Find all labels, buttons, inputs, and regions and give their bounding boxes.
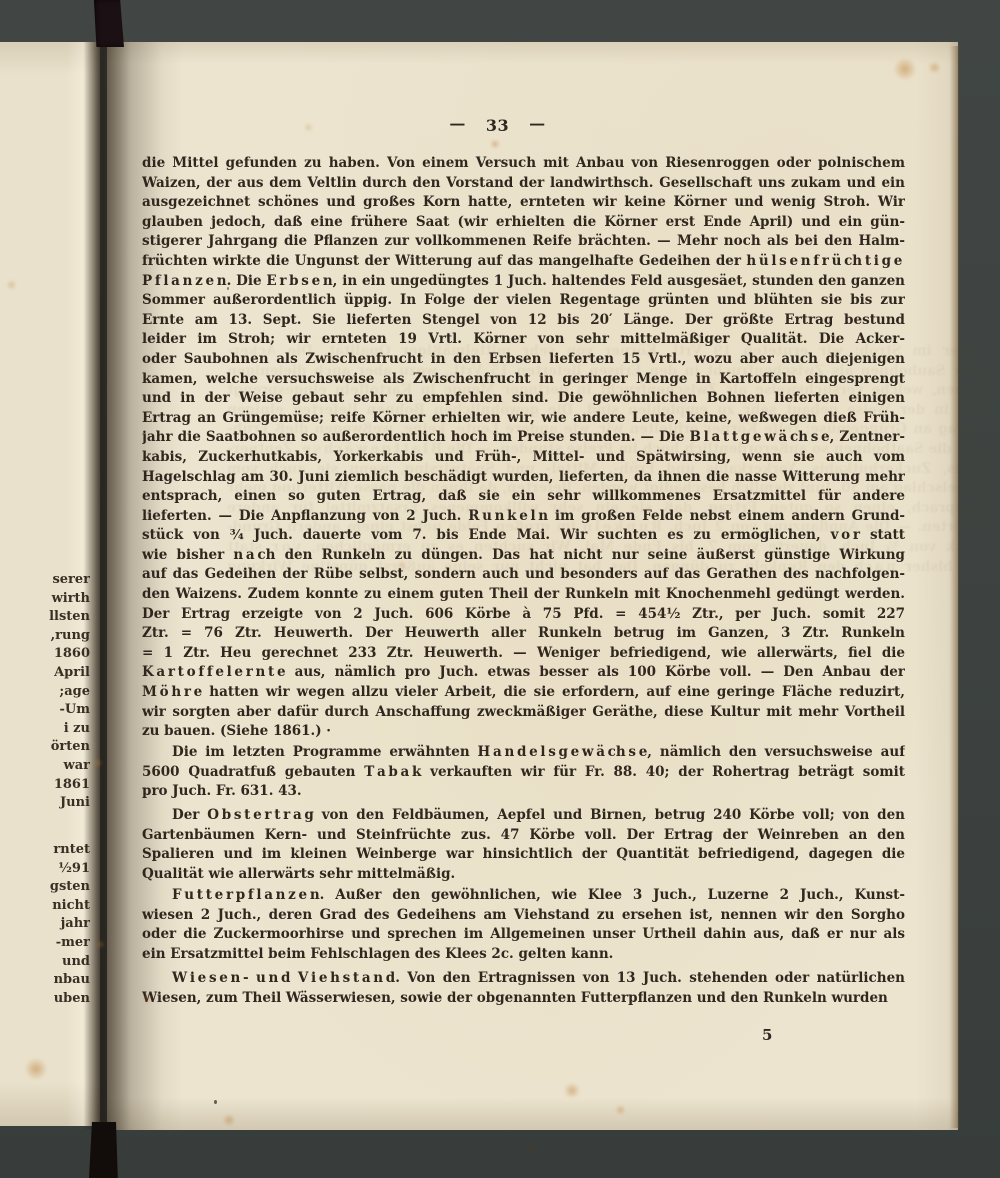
bookmark-ribbon-bottom: [89, 1122, 119, 1178]
text-line: P f l a n z e n. Die E r b s e n, in ein…: [142, 272, 905, 292]
text-line: M ö h r e hatten wir wegen allzu vieler …: [142, 683, 905, 703]
text-line: auf das Gedeihen der Rübe selbst, sonder…: [142, 565, 905, 585]
book-scan: sererwirthllstenrung,1860Aprilage;Um-i z…: [0, 0, 1000, 1178]
facing-page-edge: sererwirthllstenrung,1860Aprilage;Um-i z…: [0, 42, 100, 1126]
foxing-spot: [222, 1114, 236, 1126]
text-line: zu bauen. (Siehe 1861.) ·: [142, 722, 905, 742]
facing-page-text-fragments-lower: rntet91½gstennichtjahrmer-undnbauuben: [0, 841, 93, 1008]
text-line: Waizen, der aus dem Veltlin durch den Vo…: [142, 174, 905, 194]
foxing-spot: [24, 1058, 48, 1080]
foxing-spot: [893, 57, 917, 81]
text-line: wiesen 2 Juch., deren Grad des Gedeihens…: [142, 906, 905, 926]
fragment-line: jahr: [0, 915, 90, 934]
text-line: oder die Zuckermoorhirse und sprechen im…: [142, 925, 905, 945]
text-line: glauben jedoch, daß eine frühere Saat (w…: [142, 213, 905, 233]
paragraph: W i e s e n - u n d V i e h s t a n d. V…: [142, 969, 905, 1008]
fragment-line: wirth: [0, 590, 90, 609]
paragraph: die Mittel gefunden zu haben. Von einem …: [142, 154, 905, 742]
ink-fleck: [214, 1100, 217, 1104]
text-line: oder Saubohnen als Zwischenfrucht in den…: [142, 350, 905, 370]
foxing-spot: [304, 123, 313, 132]
text-line: Sommer außerordentlich üppig. In Folge d…: [142, 291, 905, 311]
fragment-line: uben: [0, 990, 90, 1009]
text-line: 5600 Quadratfuß gebauten T a b a k verka…: [142, 763, 905, 783]
foxing-spot: [6, 280, 17, 290]
text-line: Die im letzten Programme erwähnten H a n…: [142, 743, 905, 763]
fragment-line: 1860: [0, 645, 90, 664]
text-line: stück von ¾ Juch. dauerte vom 7. bis End…: [142, 526, 905, 546]
text-line: Ertrag an Grüngemüse; reife Körner erhie…: [142, 409, 905, 429]
text-line: lieferten. — Die Anpflanzung von 2 Juch.…: [142, 507, 905, 527]
text-line: pro Juch. Fr. 631. 43.: [142, 782, 905, 802]
fragment-line: nicht: [0, 897, 90, 916]
text-line: Gartenbäumen Kern- und Steinfrüchte zus.…: [142, 826, 905, 846]
ink-fleck: [227, 287, 229, 290]
text-line: kabis, Zuckerhutkabis, Yorkerkabis und F…: [142, 448, 905, 468]
text-line: = 1 Ztr. Heu gerechnet 233 Ztr. Heuwerth…: [142, 644, 905, 664]
fragment-line: rung,: [0, 627, 90, 646]
text-line: wir sorgten aber dafür durch Anschaffung…: [142, 703, 905, 723]
foxing-spot: [96, 940, 105, 949]
foxing-spot: [142, 994, 152, 1003]
foxing-spot: [563, 1083, 581, 1098]
foxing-spot: [396, 560, 408, 570]
text-line: die Mittel gefunden zu haben. Von einem …: [142, 154, 905, 174]
text-block: die Mittel gefunden zu haben. Von einem …: [107, 42, 958, 1130]
text-line: F u t t e r p f l a n z e n. Außer den g…: [142, 886, 905, 906]
text-line: W i e s e n - u n d V i e h s t a n d. V…: [142, 969, 905, 989]
fragment-line: rntet: [0, 841, 90, 860]
paragraph: Der O b s t e r t r a g von den Feldbäum…: [142, 806, 905, 884]
fragment-line: Juni: [0, 794, 90, 813]
text-line: den Waizens. Zudem konnte zu einem guten…: [142, 585, 905, 605]
fragment-line: örten: [0, 738, 90, 757]
text-line: Ztr. = 76 Ztr. Heuwerth. Der Heuwerth al…: [142, 624, 905, 644]
text-line: jahr die Saatbohnen so außerordentlich h…: [142, 428, 905, 448]
fragment-line: serer: [0, 571, 90, 590]
paragraph: Die im letzten Programme erwähnten H a n…: [142, 743, 905, 802]
facing-page-text-fragments-upper: sererwirthllstenrung,1860Aprilage;Um-i z…: [0, 571, 93, 813]
text-line: kamen, welche versuchsweise als Zwischen…: [142, 370, 905, 390]
fragment-line: 91½: [0, 860, 90, 879]
fragment-line: April: [0, 664, 90, 683]
fragment-line: Um-: [0, 701, 90, 720]
fragment-line: gsten: [0, 878, 90, 897]
fragment-line: age;: [0, 683, 90, 702]
fragment-line: i zu: [0, 720, 90, 739]
text-line: Der Ertrag erzeigte von 2 Juch. 606 Körb…: [142, 605, 905, 625]
foxing-spot: [615, 1105, 626, 1115]
book-page: —33— leider im Stroh; wir ernteten 19 Vr…: [107, 42, 958, 1130]
fragment-line: 1861: [0, 776, 90, 795]
text-line: Spalieren und im kleinen Weinberge war h…: [142, 845, 905, 865]
text-line: Qualität wie allerwärts sehr mittelmäßig…: [142, 865, 905, 885]
text-line: wie bisher n a ch den Runkeln zu düngen.…: [142, 546, 905, 566]
text-line: früchten wirkte die Ungunst der Witterun…: [142, 252, 905, 272]
text-line: Wiesen, zum Theil Wässerwiesen, sowie de…: [142, 989, 905, 1009]
signature-mark: 5: [762, 1026, 772, 1044]
text-line: stigerer Jahrgang die Pflanzen zur vollk…: [142, 232, 905, 252]
foxing-spot: [928, 61, 941, 74]
text-line: Hagelschlag am 30. Juni ziemlich beschäd…: [142, 468, 905, 488]
text-line: ein Ersatzmittel beim Fehlschlagen des K…: [142, 945, 905, 965]
page-fore-edge: [950, 46, 959, 1128]
fragment-line: mer-: [0, 934, 90, 953]
text-line: Der O b s t e r t r a g von den Feldbäum…: [142, 806, 905, 826]
foxing-spot: [92, 758, 103, 768]
bookmark-ribbon-top: [92, 0, 124, 47]
text-line: leider im Stroh; wir ernteten 19 Vrtl. K…: [142, 330, 905, 350]
text-line: Ernte am 13. Sept. Sie lieferten Stengel…: [142, 311, 905, 331]
text-line: und in der Weise gebaut sehr zu empfehle…: [142, 389, 905, 409]
fragment-line: nbau: [0, 971, 90, 990]
paragraph: F u t t e r p f l a n z e n. Außer den g…: [142, 886, 905, 964]
fragment-line: war: [0, 757, 90, 776]
text-line: ausgezeichnet schönes und großes Korn ha…: [142, 193, 905, 213]
fragment-line: llsten: [0, 608, 90, 627]
text-line: K a r t o f f e l e r n t e aus, nämlich…: [142, 663, 905, 683]
ink-fleck: [529, 1146, 532, 1151]
fragment-line: und: [0, 953, 90, 972]
text-line: entsprach, einen so guten Ertrag, daß si…: [142, 487, 905, 507]
foxing-spot: [490, 139, 500, 149]
